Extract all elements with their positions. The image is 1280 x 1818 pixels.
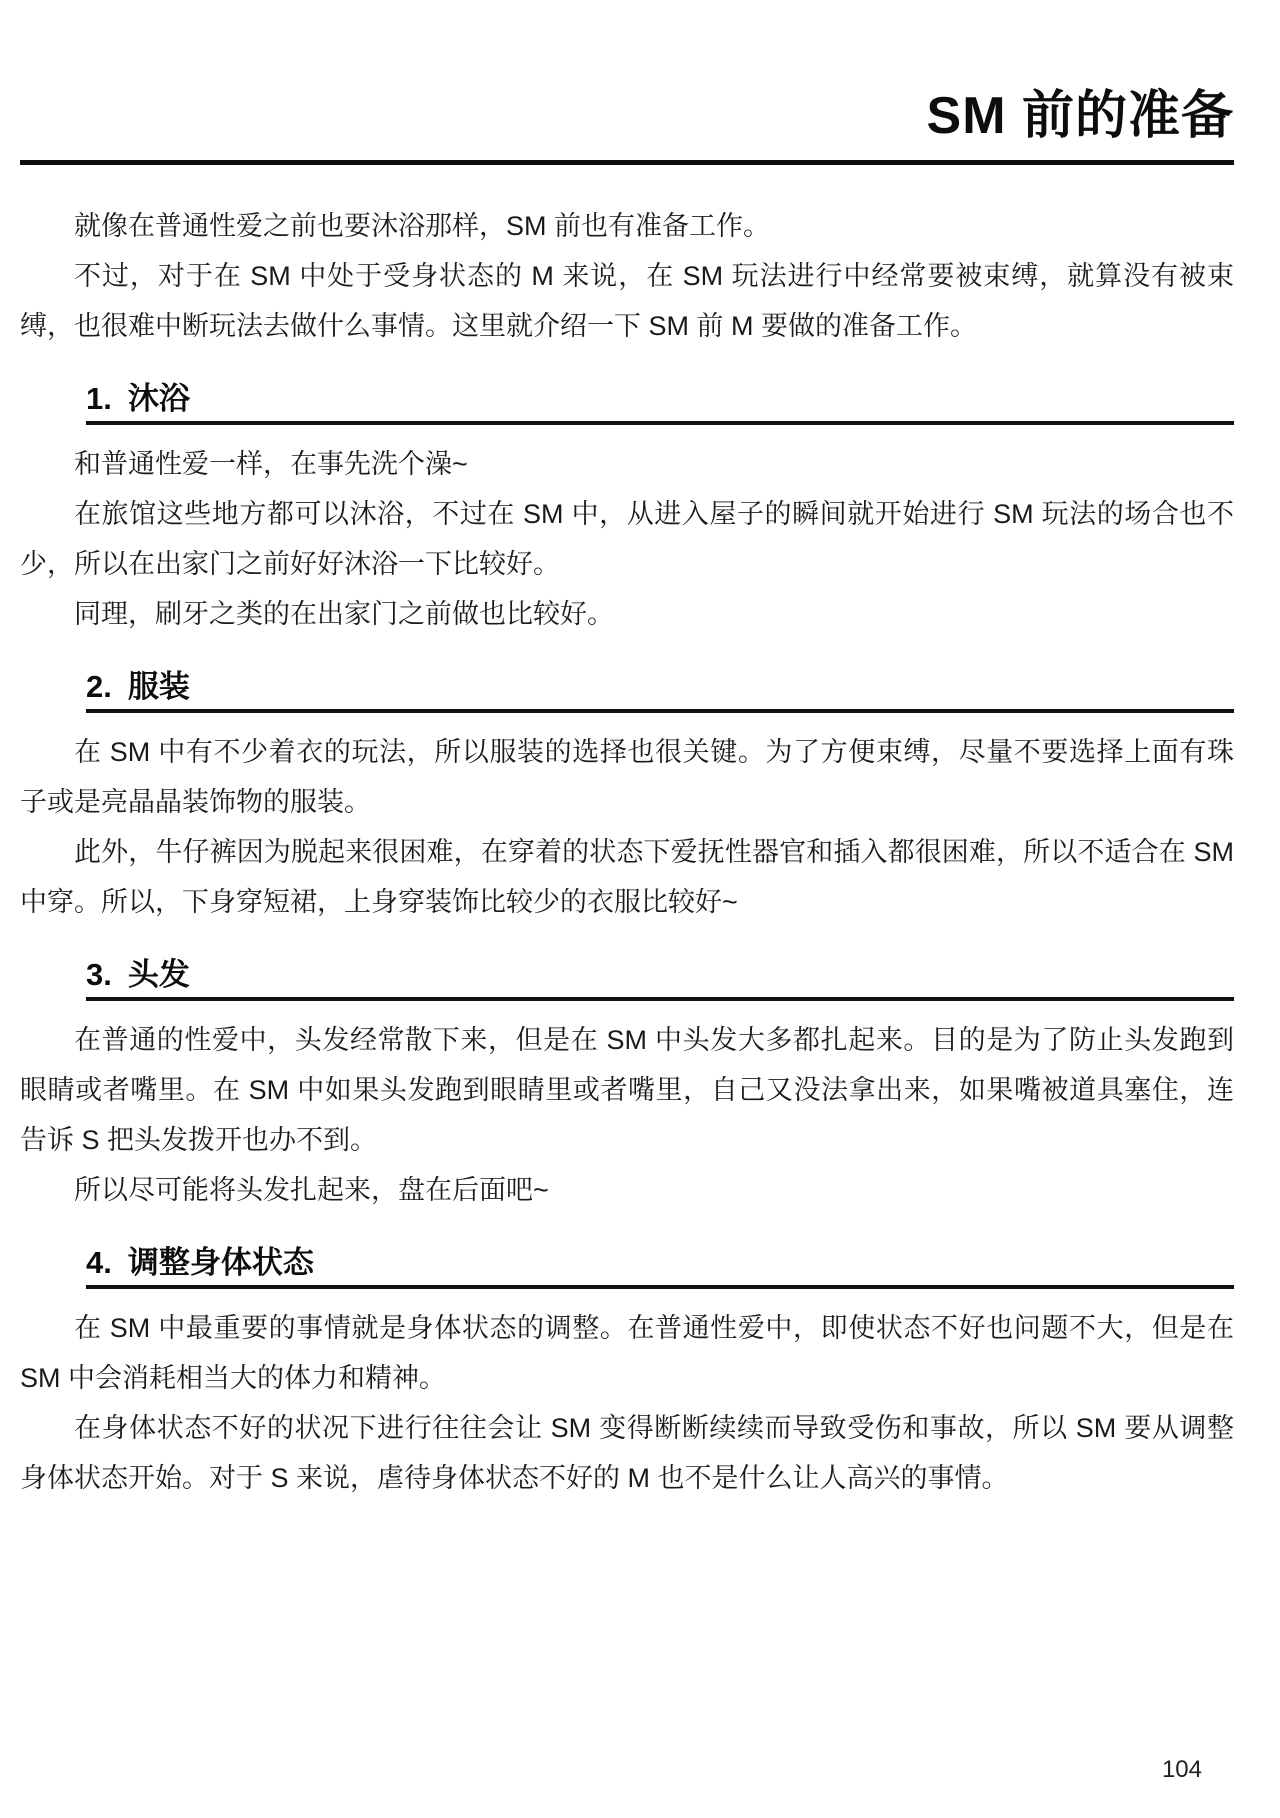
body-paragraph: 和普通性爱一样，在事先洗个澡~ [20,439,1234,489]
section-hair: 3.头发 在普通的性爱中，头发经常散下来，但是在 SM 中头发大多都扎起来。目的… [20,955,1234,1215]
section-number: 4. [86,1243,112,1283]
body-paragraph: 在 SM 中最重要的事情就是身体状态的调整。在普通性爱中，即使状态不好也问题不大… [20,1303,1234,1403]
intro-block: 就像在普通性爱之前也要沐浴那样，SM 前也有准备工作。 不过，对于在 SM 中处… [20,201,1234,351]
section-number: 1. [86,379,112,419]
section-heading: 2.服装 [86,667,1234,713]
section-title: 服装 [128,669,190,704]
section-title: 沐浴 [128,381,190,416]
section-body-condition: 4.调整身体状态 在 SM 中最重要的事情就是身体状态的调整。在普通性爱中，即使… [20,1243,1234,1503]
document-page: SM 前的准备 就像在普通性爱之前也要沐浴那样，SM 前也有准备工作。 不过，对… [0,0,1280,1818]
page-title: SM 前的准备 [20,86,1234,146]
page-content: SM 前的准备 就像在普通性爱之前也要沐浴那样，SM 前也有准备工作。 不过，对… [0,0,1280,1503]
body-paragraph: 同理，刷牙之类的在出家门之前做也比较好。 [20,589,1234,639]
section-number: 2. [86,667,112,707]
body-paragraph: 所以尽可能将头发扎起来，盘在后面吧~ [20,1165,1234,1215]
section-heading: 1.沐浴 [86,379,1234,425]
intro-paragraph: 不过，对于在 SM 中处于受身状态的 M 来说，在 SM 玩法进行中经常要被束缚… [20,251,1234,351]
section-number: 3. [86,955,112,995]
page-number: 104 [1162,1756,1202,1784]
section-heading: 3.头发 [86,955,1234,1001]
title-rule [20,160,1234,165]
body-paragraph: 在旅馆这些地方都可以沐浴，不过在 SM 中，从进入屋子的瞬间就开始进行 SM 玩… [20,489,1234,589]
section-title: 头发 [128,957,190,992]
section-bathing: 1.沐浴 和普通性爱一样，在事先洗个澡~ 在旅馆这些地方都可以沐浴，不过在 SM… [20,379,1234,639]
body-paragraph: 此外，牛仔裤因为脱起来很困难，在穿着的状态下爱抚性器官和插入都很困难，所以不适合… [20,827,1234,927]
section-clothing: 2.服装 在 SM 中有不少着衣的玩法，所以服装的选择也很关键。为了方便束缚，尽… [20,667,1234,927]
section-title: 调整身体状态 [128,1245,314,1280]
intro-paragraph: 就像在普通性爱之前也要沐浴那样，SM 前也有准备工作。 [20,201,1234,251]
body-paragraph: 在普通的性爱中，头发经常散下来，但是在 SM 中头发大多都扎起来。目的是为了防止… [20,1015,1234,1165]
body-paragraph: 在 SM 中有不少着衣的玩法，所以服装的选择也很关键。为了方便束缚，尽量不要选择… [20,727,1234,827]
body-paragraph: 在身体状态不好的状况下进行往往会让 SM 变得断断续续而导致受伤和事故，所以 S… [20,1403,1234,1503]
section-heading: 4.调整身体状态 [86,1243,1234,1289]
